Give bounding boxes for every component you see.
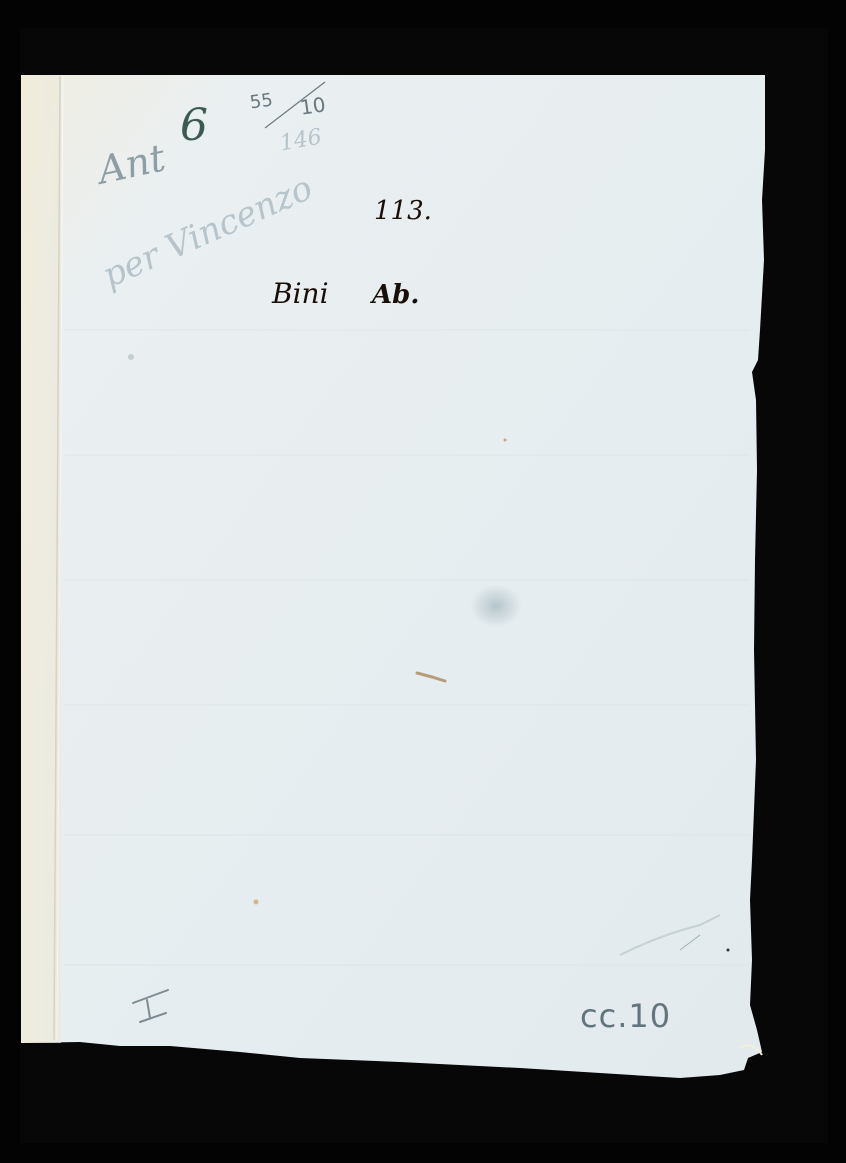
top-fraction-numerator: 55 xyxy=(249,91,274,112)
manuscript-leaf: Ant 6 55 55/10 10 per Vincenzo 146 113. … xyxy=(0,0,846,1163)
page-number: 113. xyxy=(374,198,432,224)
top-fraction-denominator: 10 xyxy=(299,94,327,117)
bottom-right-shelfmark: cc.10 xyxy=(580,1000,671,1032)
top-left-number: 6 xyxy=(180,104,208,148)
author-initials: Ab. xyxy=(372,282,419,308)
author-name: Bini xyxy=(272,280,329,308)
